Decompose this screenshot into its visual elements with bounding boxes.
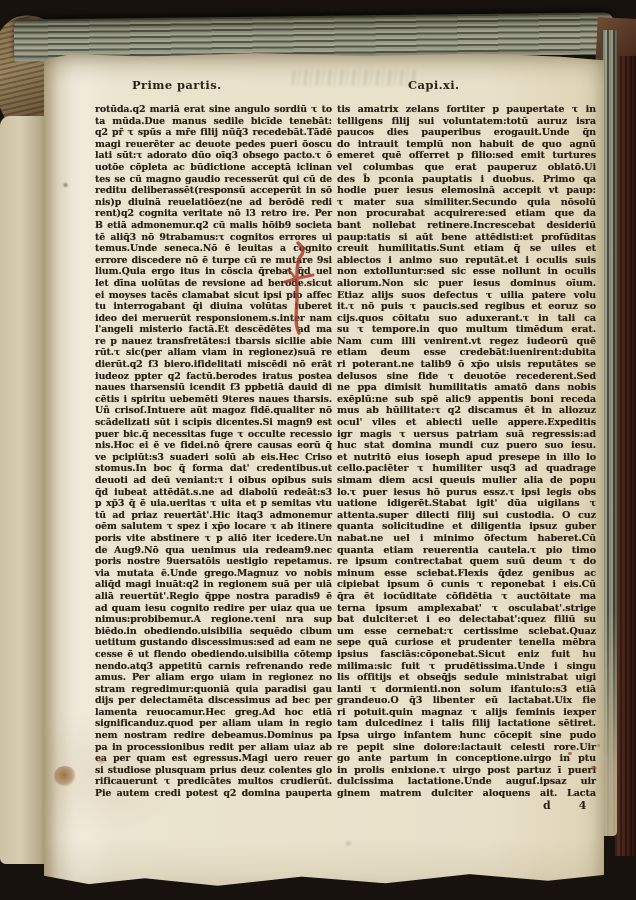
text-line: biēdo.in obediendo.uisibilia sequēdo cib… [95,626,332,638]
text-line: paucos dies pauperibus erogauit.Unde q̄n [337,127,596,139]
text-line: sepe quā curiose et prudenter tenella mē… [337,637,596,649]
text-line: um esse cernebat:τ certissime sciebat.Qu… [337,626,596,638]
text-line: ri poterant.ne talib9 ō xp̄o uisis reput… [337,359,596,371]
text-line: oēm salutem τ spez i xp̄o locare τ ab it… [95,521,332,533]
text-line: et nutritō eius ioseph apud presepe in i… [337,452,596,464]
text-line: ne ppa dimisit humilitatis amatō dans no… [337,382,596,394]
text-line: Ipsa uirgo infantem hunc cōcepit sine pu… [337,730,596,742]
text-line: significanduz.quod per aliam uiam in reg… [95,718,332,730]
text-line: exēplū:ne sub spē alic9 appentis boni re… [337,394,596,406]
text-line: rent)q2 cognita veritate nō l3 retro ire… [95,208,332,220]
text-line: re p nauez transfretātes:i tbarsis sicil… [95,336,332,348]
text-line: cesse ē ut flendo obediendo.uisibilia cō… [95,649,332,661]
text-line: grandeuo.O q̄3 libenter eū lactabat.Uix … [337,695,596,707]
text-line: cipiebat ipsum ō cunis τ reponebat i eis… [337,579,596,591]
text-line: ta mūda.Due manus sedile bicīde tenebāt: [95,116,332,128]
paper-stain [344,840,353,847]
text-line: emeret quē offerret p filio:sed emit tur… [337,150,596,162]
text-line: deuoti ad deū veniant:τ i oibus opibus s… [95,475,332,487]
paper-stain [98,544,110,554]
text-line: delusos sine fide τ deuotōe recederent.S… [337,371,596,383]
text-line: Pie autem credi potest q2 domina paupert… [95,788,332,800]
text-line: quanta solicitudine et diligentia ipsuz … [337,521,596,533]
text-line: nem nostram redire debeamus.Dominus pa [95,730,332,742]
text-line: rificauerunt τ predicātes multos crudier… [95,776,332,788]
text-line: it.τ nō puis τ paucis.sed regibus et eor… [337,301,596,313]
text-line: uetitum gustando discessimus:sed ad eam … [95,637,332,649]
text-line: mus ab hūilitate:τ q2 discamus ēt in ali… [337,405,596,417]
text-line: milima:sic fuit τ prudētissima.Unde i si… [337,661,596,673]
text-line: reditu deliberassēt(responsū acceperūt i… [95,185,332,197]
text-line: su τ tempore.in quo multum timēdum erat. [337,324,596,336]
text-line: Etiaz alijs suos defectus τ uilia patere… [337,290,596,302]
text-line: cijs.quos cōitatu suo aduxerant.τ in tal… [337,313,596,325]
text-line: dulcissima lactatione.Unde auguſ.ipsaz u… [337,776,596,788]
book-page: Prime partis. Capi.xi. rotūda.q2 mariā e… [44,52,604,890]
text-line: tam dulcedinez i talis filij lactatione … [337,718,596,730]
text-line: tis amatrix zelans fortiter p paupertate… [337,104,596,116]
signature-numeral: 4 [579,799,587,812]
text-line: ve pcipiūt:s3 suaderi solū ab eis.Hec Cr… [95,452,332,464]
text-line: de Aug9.Nō qua uenimus uia redeam9.nec [95,545,332,557]
text-line: ipsius fasciās:cōponebat.Sicut eniz fuit… [337,649,596,661]
text-line: nendo.atq3 appetitū carnis refrenando re… [95,661,332,673]
text-line: vel columbas que erat pauperuz oblatō.Ui [337,162,596,174]
text-line: iudeoz ppter q2 factū.berodes iratus pos… [95,371,332,383]
text-line: abiectos i animo suo reputāt.et i oculis… [337,255,596,267]
text-line: bant nollebat retinere.Increscebat desid… [337,220,596,232]
text-line: dierūt.q2 f3 biero.ifidelitati miscēdi n… [95,359,332,371]
text-line: non extolluntur:sed sic esse nollunt in … [337,266,596,278]
text-line: stram regredimur:quoniā quia paradisi ga… [95,684,332,696]
text-line: etiam deum esse credebāt:iuenirent:dubit… [337,347,596,359]
text-line: lo.τ puer iesus hō purus essz.τ ipsi leg… [337,487,596,499]
text-line: nis.Hoc ei ē ve fidei.nō q̄rere causas e… [95,440,332,452]
text-column-left: rotūda.q2 mariā erat sine angulo sordiū … [95,104,332,800]
text-line: terna ipsum amplexabat' τ osculabat'.str… [337,603,596,615]
text-line: pa in processionibus redit per aliam uia… [95,742,332,754]
running-head-left: Prime partis. [132,78,221,92]
text-line: tū ad priaz reuertāt'.Hic itaq3 admonemu… [95,510,332,522]
text-line: aliq̄d magi inuāt:q2 in regionem suā per… [95,579,332,591]
text-line: magi reuerēter ac deuote pedes pueri ōos… [95,139,332,151]
text-line: nabat.ne uel i minimo ōfectum haberet.Cū [337,533,596,545]
text-line: hodie puer iesus elemosinā accepit vt pa… [337,185,596,197]
text-line: cētis i spiritu uebemēti 9teres naues th… [95,394,332,406]
text-line: ocul' viles et abiecti uelle appere.Expe… [337,417,596,429]
text-line: p xp̄3 q̄ ē uia.ueritas τ uita et p semi… [95,498,332,510]
text-line: Nam cum illi venirent.vt regez iudeorū q… [337,336,596,348]
text-line: lati sūt:τ adorato dūo oīq3 obsego pacto… [95,150,332,162]
text-line: si studiose plusquam prius deuz colentes… [95,765,332,777]
text-line: attenta.super dilecti filij sui custodia… [337,510,596,522]
text-line: uatione idigerēt.Stabat igit' dūa uigila… [337,498,596,510]
text-line: rūt.τ sic(per aliam viam in regionez)suā… [95,347,332,359]
text-line: ri potuit.quin magnaz τ alijs feminis ie… [337,707,596,719]
red-ink-speck-icon [597,744,600,747]
quire-signature: d 4 [543,799,586,812]
text-line: q̄d iubeat attēdāt.s.ne ad diabolū redeā… [95,487,332,499]
text-line: in prolis enixione.τ uirgo post partuz ī… [337,765,596,777]
text-line: Uñ crisoſ.Intuere aūt magoz fidē.qualite… [95,405,332,417]
text-line: ad quam iesu cognito redire per uiaz qua… [95,603,332,615]
text-line: puer bic.q̄ necessitas fuge τ occulte re… [95,429,332,441]
text-line: amus. Per aliam ergo uiam in regionez no [95,672,332,684]
text-line: lanti τ dormienti.non solum ifantulo:s3 … [337,684,596,696]
red-ink-margin-mark-icon [282,240,316,336]
text-line: uotōe cōpleta ac būdictione acceptā icli… [95,162,332,174]
text-line: q̄ra ēt iocūditate cōfidētia τ auctōitat… [337,591,596,603]
text-line: cello.paciēter τ humiliter usq3 ad quadr… [337,463,596,475]
text-line: aliā reuertūt'.Regio q̄ppe nostra paradi… [95,591,332,603]
text-line: simam diem acsi queuis mulier alia de po… [337,475,596,487]
text-line: naues tharsensiū icendit f3 ppbetiā daui… [95,382,332,394]
cover-board-right [615,56,636,856]
text-line: lis offitijs et obseq̄js sedule ministra… [337,672,596,684]
running-head-right: Capi.xi. [408,78,459,92]
red-ink-speck-icon [568,752,572,755]
photo-of-incunable-page: { "page": { "running_head_left": "Prime … [0,0,636,900]
text-line: lamenta reuocamur.Hec greg.Ad hoc etiā [95,707,332,719]
text-line: go ante partum in conceptione.uirgo in p… [337,753,596,765]
text-column-right: tis amatrix zelans fortiter p paupertate… [337,104,596,800]
text-line: re pepit sine dolore:lactauit celesti ro… [337,742,596,754]
text-line: telligens filij sui voluntatem:totū auru… [337,116,596,128]
text-line: poris nostre 9uersatōis uestigio repetam… [95,556,332,568]
text-line: creuit humilitatis.Sunt etiam q̄ se uile… [337,243,596,255]
top-page-edges [14,12,614,61]
text-line: huc stat domina mundi cuz puero suo iesu… [337,440,596,452]
text-line: scādelizati sūt i scipis dicentes.Si mag… [95,417,332,429]
paper-stain [54,766,76,786]
text-line: stomus.In boc q̄ forma dat' credentibus.… [95,463,332,475]
signature-letter: d [543,799,551,812]
text-line: aliorum.Non sic puer iesus dominus oīum. [337,278,596,290]
text-line: quanta etiam reuerentia cautela.τ pio ti… [337,545,596,557]
text-line: bat dulciter:et i eo delectabat':quez fi… [337,614,596,626]
text-line: igr magis τ uersus patriam suā regressis… [337,429,596,441]
text-line: paup:tatis si aūt bene attēdisti:et prof… [337,232,596,244]
text-line: do intrauit templū non habuit de quo agn… [337,139,596,151]
text-line: dijs per delectamēta discessimus ad bec … [95,695,332,707]
text-line: ea per quam est egressus.Magi uero reuer [95,753,332,765]
text-line: re ipsum contrectabat quem suū deum τ do [337,556,596,568]
text-line: minum esse sciebat.Flexis q̄dez genibus … [337,568,596,580]
text-line: poris vite abstinere τ p aliō iter icede… [95,533,332,545]
text-line: nimus:probibemur.A regione.τeni nra sup [95,614,332,626]
paper-stain [62,182,69,188]
text-line: q2 pr̄ τ spūs a mr̄e filij nūq̄3 recedeb… [95,127,332,139]
text-line: τ mater sua similiter.Secundo quia nōsol… [337,197,596,209]
text-line: des b̄ pconia pauptatis i duobus. Primo … [337,174,596,186]
paper-stain [96,756,106,765]
text-line: non procurabat acquirere:sed etiam que d… [337,208,596,220]
text-line: rotūda.q2 mariā erat sine angulo sordiū … [95,104,332,116]
text-line: B etiā admonemur.q2 cū malis hōib9 socie… [95,220,332,232]
text-line: via mutata ē.Unde grego.Magnuz vo nobis [95,568,332,580]
show-through-text [291,70,419,86]
text-line: tes se cū magno gaudio recesserūt qui cū… [95,174,332,186]
text-line: nis)p diuinā reuelatiōez(ne ad berōdē re… [95,197,332,209]
text-line: ginem matrem dulciter aloquens ait. Lact… [337,788,596,800]
